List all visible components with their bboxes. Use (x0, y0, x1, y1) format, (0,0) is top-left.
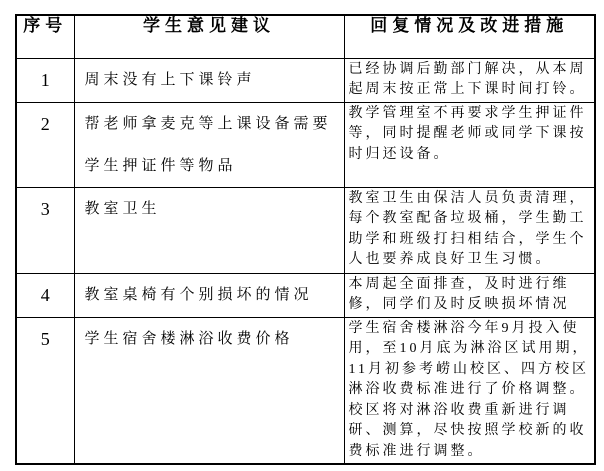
header-row: 序号 学生意见建议 回复情况及改进措施 (16, 15, 595, 58)
header-no: 序号 (16, 15, 74, 58)
table-row: 4 教室桌椅有个别损坏的情况 本周起全面排查，及时进行维修，同学们及时反映损坏情… (16, 273, 595, 317)
reply-cell: 学生宿舍楼淋浴今年9月投入使用，至10月底为淋浴区试用期，11月初参考崂山校区、… (344, 317, 595, 464)
opinion-cell: 学生宿舍楼淋浴收费价格 (74, 317, 344, 464)
header-reply: 回复情况及改进措施 (344, 15, 595, 58)
table-row: 2 帮老师拿麦克等上课设备需要学生押证件等物品 教学管理室不再要求学生押证件等，… (16, 102, 595, 187)
reply-cell: 本周起全面排查，及时进行维修，同学们及时反映损坏情况 (344, 273, 595, 317)
student-feedback-table: 序号 学生意见建议 回复情况及改进措施 1 周末没有上下课铃声 已经协调后勤部门… (15, 14, 596, 465)
row-number: 4 (16, 273, 74, 317)
reply-cell: 已经协调后勤部门解决，从本周起周末按正常上下课时间打铃。 (344, 58, 595, 102)
opinion-cell: 教室桌椅有个别损坏的情况 (74, 273, 344, 317)
opinion-cell: 帮老师拿麦克等上课设备需要学生押证件等物品 (74, 102, 344, 187)
table-row: 5 学生宿舍楼淋浴收费价格 学生宿舍楼淋浴今年9月投入使用，至10月底为淋浴区试… (16, 317, 595, 464)
header-opinion: 学生意见建议 (74, 15, 344, 58)
row-number: 2 (16, 102, 74, 187)
document-page: 序号 学生意见建议 回复情况及改进措施 1 周末没有上下课铃声 已经协调后勤部门… (0, 0, 604, 471)
row-number: 5 (16, 317, 74, 464)
opinion-cell: 周末没有上下课铃声 (74, 58, 344, 102)
row-number: 3 (16, 187, 74, 273)
reply-cell: 教学管理室不再要求学生押证件等，同时提醒老师或同学下课按时归还设备。 (344, 102, 595, 187)
opinion-cell: 教室卫生 (74, 187, 344, 273)
reply-cell: 教室卫生由保洁人员负责清理，每个教室配备垃圾桶，学生勤工助学和班级打扫相结合，学… (344, 187, 595, 273)
table-row: 3 教室卫生 教室卫生由保洁人员负责清理，每个教室配备垃圾桶，学生勤工助学和班级… (16, 187, 595, 273)
row-number: 1 (16, 58, 74, 102)
table-row: 1 周末没有上下课铃声 已经协调后勤部门解决，从本周起周末按正常上下课时间打铃。 (16, 58, 595, 102)
